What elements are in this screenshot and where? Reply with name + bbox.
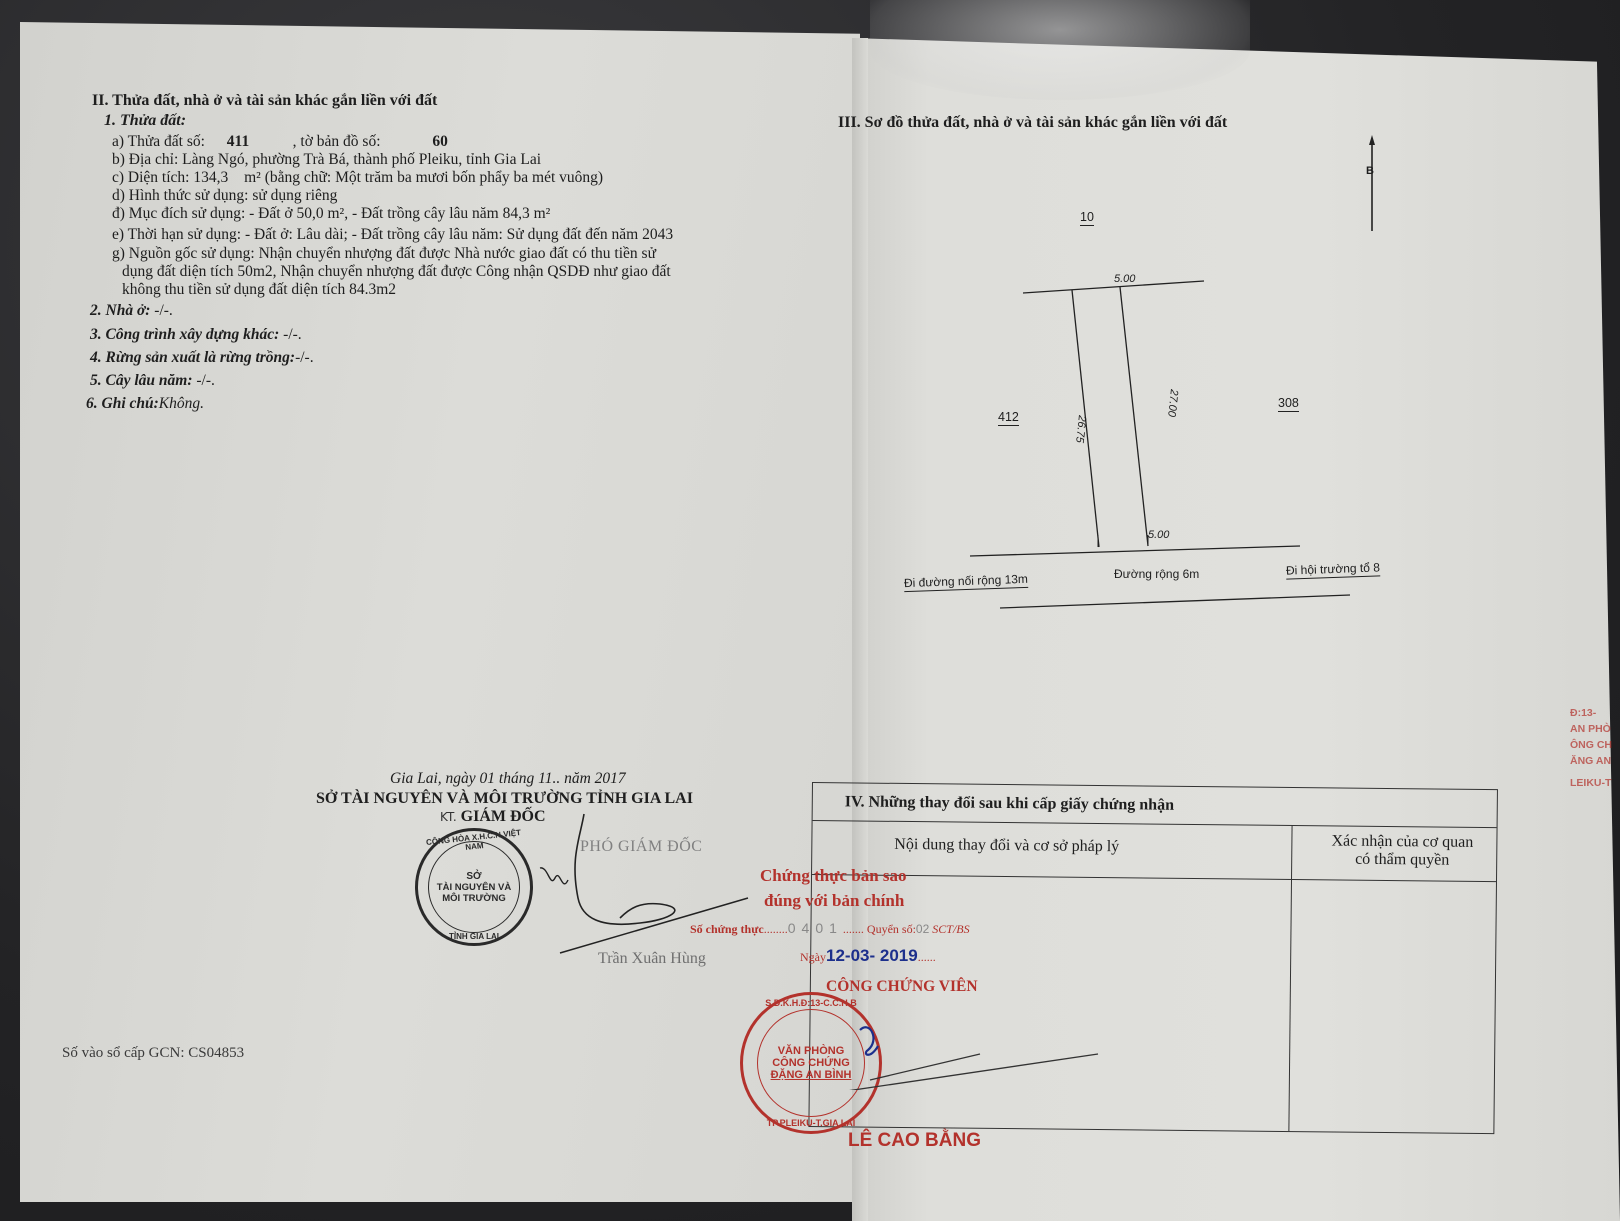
partial-edge-stamp: Đ:13- AN PHÒ ÔNG CH ĂNG AN LEIKU-T [1570,705,1612,791]
parcel-number: 411 [209,133,289,150]
road-label-center: Đường rộng 6m [1114,567,1199,581]
area-line: c) Diện tích: 134,3 m² (bằng chữ: Một tr… [112,169,603,186]
section-ii-title: II. Thửa đất, nhà ở và tài sản khác gắn … [92,92,437,110]
edge-bottom-length: 5.00 [1148,529,1169,541]
section-iv-title: IV. Những thay đổi sau khi cấp giấy chứn… [845,793,1174,814]
map-sheet-number: 60 [384,133,448,150]
notary-seal-ring-bottom: TP.PLEIKU-T.GIA LAI [767,1118,856,1128]
item6-line: 6. Ghi chú:Không. [86,395,204,412]
area-value: c) Diện tích: 134,3 [112,169,228,186]
neighbor-parcel-left: 412 [998,410,1019,426]
item4-label: 4. Rừng sản xuất là rừng trồng: [90,349,295,366]
north-label: B [1366,165,1374,177]
registry-number: Số vào sổ cấp GCN: CS04853 [62,1045,244,1062]
director-prefix: KT. [440,810,457,824]
usage-term-line: e) Thời hạn sử dụng: - Đất ở: Lâu dài; -… [112,226,673,243]
certification-number-line: Số chứng thực........0401....... Quyển s… [690,920,970,937]
edge-stamp-line4: ĂNG AN [1570,753,1612,769]
parcel-line: a) Thửa đất số: 411 , tờ bản đồ số: 60 [112,133,448,150]
edge-stamp-line5: LEIKU-T [1570,775,1612,791]
item3-label: 3. Công trình xây dựng khác: [90,326,279,343]
cert-number-value: 0401 [788,920,843,936]
plastic-sleeve [870,0,1250,100]
parcel-label: a) Thửa đất số: [112,133,205,150]
confirmation-header-line1: Xác nhận của cơ quan [1307,832,1497,852]
confirmation-header-line2: có thẩm quyền [1307,850,1497,870]
column-header-changes: Nội dung thay đổi và cơ sở pháp lý [894,836,1119,856]
book-label: Quyển số: [867,922,916,936]
item5-value: -/-. [196,372,215,389]
book-suffix: SCT/BS [932,922,969,936]
cert-date-label: Ngày [800,950,826,964]
notary-title: CÔNG CHỨNG VIÊN [826,978,978,996]
item4-line: 4. Rừng sản xuất là rừng trồng:-/-. [90,349,314,366]
certification-line-1: Chứng thực bản sao [760,866,907,886]
item5-label: 5. Cây lâu năm: [90,372,192,389]
item6-value: Không. [159,395,204,412]
neighbor-parcel-right: 308 [1278,396,1299,412]
item2-line: 2. Nhà ở: -/-. [90,302,173,319]
item6-label: 6. Ghi chú: [86,395,159,412]
notary-seal-ring-top: S.Đ.K.H.Đ:13-C.C.H.B [765,998,857,1008]
item2-value: -/-. [154,302,173,319]
north-arrow-icon [1362,135,1392,235]
area-in-words: (bằng chữ: Một trăm ba mươi bốn phẩy ba … [265,169,603,186]
notary-signature [840,1010,1100,1090]
notary-name: LÊ CAO BẰNG [848,1130,981,1152]
map-sheet-label: , tờ bản đồ số: [293,133,381,150]
origin-line-2: dụng đất diện tích 50m2, Nhận chuyển như… [122,263,671,280]
column-header-confirmation: Xác nhận của cơ quan có thẩm quyền [1307,832,1497,870]
item1-title: 1. Thửa đất: [104,112,186,129]
edge-top-length: 5.00 [1114,273,1135,285]
item3-value: -/-. [283,326,302,343]
book-value: 02 [916,922,929,936]
agency-seal: CỘNG HÒA X.H.C.N VIỆT NAM SỞ TÀI NGUYÊN … [415,828,533,946]
issuing-agency: SỞ TÀI NGUYÊN VÀ MÔI TRƯỜNG TỈNH GIA LAI [316,790,693,808]
edge-stamp-line2: AN PHÒ [1570,721,1612,737]
edge-stamp-line3: ÔNG CH [1570,737,1612,753]
certification-date-line: Ngày12-03- 2019...... [800,946,936,966]
item4-value: -/-. [295,349,314,366]
section-iv-column-headers: Nội dung thay đổi và cơ sở pháp lý Xác n… [812,821,1497,882]
cert-number-label: Số chứng thực [690,922,764,936]
section-iii-title: III. Sơ đồ thửa đất, nhà ở và tài sản kh… [838,114,1227,132]
address-line: b) Địa chỉ: Làng Ngó, phường Trà Bá, thà… [112,151,541,168]
seal-ring-bottom: TỈNH GIA LAI [449,932,499,941]
usage-purpose-line: đ) Mục đích sử dụng: - Đất ở 50,0 m², - … [112,205,550,222]
origin-line-3: không thu tiền sử dụng đất diện tích 84.… [122,281,396,298]
item3-line: 3. Công trình xây dựng khác: -/-. [90,326,302,343]
item5-line: 5. Cây lâu năm: -/-. [90,372,215,389]
road-label-right: Đi hội trường tổ 8 [1286,560,1380,579]
usage-form-line: d) Hình thức sử dụng: sử dụng riêng [112,187,337,204]
item2-label: 2. Nhà ở: [90,302,150,319]
issue-date: Gia Lai, ngày 01 tháng 11.. năm 2017 [390,770,626,788]
origin-line-1: g) Nguồn gốc sử dụng: Nhận chuyển nhượng… [112,245,656,262]
edge-stamp-line1: Đ:13- [1570,705,1612,721]
neighbor-parcel-top: 10 [1080,210,1094,226]
certification-line-2: đúng với bản chính [764,891,904,911]
area-unit: m² [232,169,261,186]
cert-date-value: 12-03- 2019 [826,946,918,965]
